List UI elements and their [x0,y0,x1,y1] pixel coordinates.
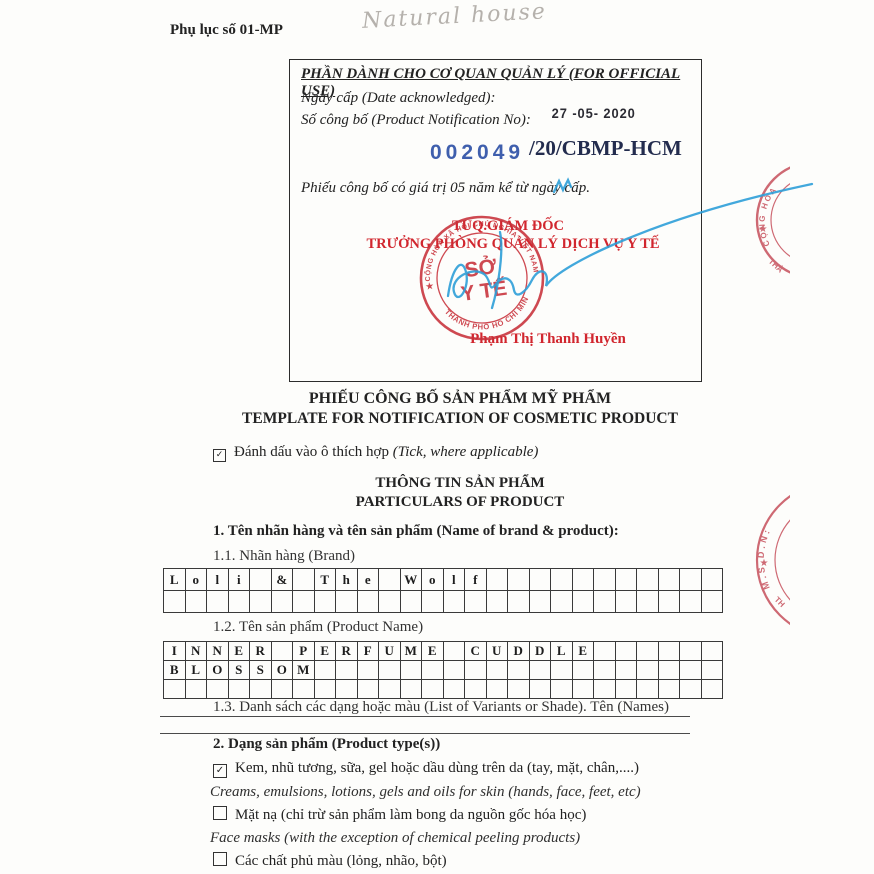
grid-cell [293,591,314,612]
grid-cell [551,569,572,590]
grid-cell [508,569,529,590]
grid-cell: E [315,642,336,660]
grid-cell [659,591,680,612]
grid-cell [637,642,658,660]
document-title: PHIẾU CÔNG BỐ SẢN PHẨM MỸ PHẨM TEMPLATE … [137,390,783,428]
grid-cell: L [186,661,207,679]
empty-checkbox-icon [213,806,227,820]
grid-cell [530,680,551,698]
checked-checkbox-icon: ✓ [213,764,227,778]
grid-cell [637,680,658,698]
edge-stamp-top-fragment: THÀ [767,257,785,275]
grid-cell [659,569,680,590]
grid-cell [573,569,594,590]
grid-cell [207,591,228,612]
grid-cell: D [530,642,551,660]
grid-cell [508,680,529,698]
grid-cell: N [207,642,228,660]
grid-cell [530,569,551,590]
grid-cell [444,680,465,698]
grid-cell: P [293,642,314,660]
grid-cell [680,569,701,590]
grid-cell: l [207,569,228,590]
grid-cell [315,661,336,679]
grid-cell [551,661,572,679]
stamp-star-icon: ★ [425,281,435,293]
grid-cell: i [229,569,250,590]
grid-cell [422,680,443,698]
grid-cell: e [358,569,379,590]
grid-cell [358,680,379,698]
variants-blank-line-2 [160,733,690,734]
product-type-option: ✓Kem, nhũ tương, sữa, gel hoặc dầu dùng … [160,759,780,778]
grid-cell [616,642,637,660]
option-label-en: Creams, emulsions, lotions, gels and oil… [160,783,780,801]
grid-cell: O [272,661,293,679]
grid-cell [186,591,207,612]
grid-cell: R [250,642,271,660]
grid-cell [702,661,723,679]
document-page: Phụ lục số 01-MP Natural house PHẦN DÀNH… [0,0,874,874]
grid-cell: C [465,642,486,660]
grid-cell: & [272,569,293,590]
notification-number-stamp: 002049 [430,141,524,165]
product-name-letter-grid: INNERPERFUMECUDDLEBLOSSOM [163,641,723,699]
product-type-option: Các chất phủ màu (lỏng, nhão, bột) [160,852,780,870]
grid-cell: B [164,661,185,679]
grid-cell: M [401,642,422,660]
grid-cell [573,591,594,612]
grid-cell [508,591,529,612]
grid-cell [379,680,400,698]
grid-cell [272,591,293,612]
option-label-vi: Các chất phủ màu (lỏng, nhão, bột) [235,853,447,869]
variants-label: 1.3. Danh sách các dạng hoặc màu (List o… [213,699,669,716]
grid-cell [401,591,422,612]
edge-stamp-top-star-icon: ★ [759,224,768,235]
brand-letter-grid: Loli&TheWolf [163,568,723,613]
grid-cell [680,680,701,698]
grid-cell [207,680,228,698]
grid-cell [444,661,465,679]
grid-cell [702,591,723,612]
grid-cell: f [465,569,486,590]
grid-cell: o [186,569,207,590]
grid-cell [422,661,443,679]
round-official-stamp-icon: CỘNG HÒA XÃ HỘI CHỦ NGHĨA VIỆT NAM THÀNH… [417,213,547,343]
grid-cell: O [207,661,228,679]
date-acknowledged-label: Ngày cấp (Date acknowledged): [301,90,496,107]
notification-no-label: Số công bố (Product Notification No): [301,112,531,129]
grid-cell: h [336,569,357,590]
edge-stamp-top-ring-text: CỘNG HÒA [758,185,780,248]
grid-cell [702,680,723,698]
grid-cell [573,661,594,679]
variants-blank-line-1 [160,716,690,717]
svg-text:CỘNG HÒA: CỘNG HÒA [758,185,780,248]
option-label-vi: Mặt nạ (chỉ trừ sản phẩm làm bong da ngu… [235,807,586,823]
brand-label: 1.1. Nhãn hàng (Brand) [213,548,355,565]
grid-cell [336,661,357,679]
grid-cell [487,591,508,612]
grid-cell [637,661,658,679]
product-info-title-vi: THÔNG TIN SẢN PHẨM [137,475,783,492]
grid-cell: U [379,642,400,660]
grid-cell [487,680,508,698]
grid-cell [444,591,465,612]
grid-cell: I [164,642,185,660]
grid-cell [680,661,701,679]
grid-cell [379,569,400,590]
grid-cell: T [315,569,336,590]
empty-checkbox-icon [213,852,227,866]
grid-cell [379,591,400,612]
grid-cell [358,591,379,612]
grid-cell [250,569,271,590]
grid-cell [164,591,185,612]
grid-cell [551,591,572,612]
grid-cell [315,591,336,612]
grid-cell: o [422,569,443,590]
section1-heading: 1. Tên nhãn hàng và tên sản phẩm (Name o… [213,523,619,540]
grid-cell [616,569,637,590]
tick-instruction: ✓Đánh dấu vào ô thích hợp (Tick, where a… [213,444,538,462]
grid-cell [594,591,615,612]
grid-cell: N [186,642,207,660]
grid-cell [680,642,701,660]
grid-cell [465,661,486,679]
grid-cell [530,661,551,679]
grid-cell [616,661,637,679]
grid-cell [659,661,680,679]
date-stamp: 27 -05- 2020 [552,105,636,121]
grid-cell [659,680,680,698]
document-title-vi: PHIẾU CÔNG BỐ SẢN PHẨM MỸ PHẨM [137,390,783,408]
grid-cell: U [487,642,508,660]
grid-cell: W [401,569,422,590]
grid-cell: E [229,642,250,660]
grid-cell [487,661,508,679]
grid-cell [680,591,701,612]
grid-cell [293,569,314,590]
tick-instruction-vi: Đánh dấu vào ô thích hợp [234,444,393,460]
grid-cell [250,680,271,698]
grid-cell [422,591,443,612]
option-label-vi: Kem, nhũ tương, sữa, gel hoặc dầu dùng t… [235,760,639,776]
grid-cell [336,680,357,698]
edge-stamp-bottom-fragment: TH [773,595,787,609]
grid-cell [229,591,250,612]
grid-cell: L [164,569,185,590]
grid-cell [551,680,572,698]
grid-cell [272,680,293,698]
grid-cell: D [508,642,529,660]
grid-cell: R [336,642,357,660]
grid-cell [702,642,723,660]
section2-product-type: 2. Dạng sản phẩm (Product type(s)) ✓Kem,… [160,735,780,874]
grid-cell [594,569,615,590]
section2-heading: 2. Dạng sản phẩm (Product type(s)) [160,735,780,753]
grid-cell [272,642,293,660]
checked-checkbox-icon: ✓ [213,449,226,462]
grid-cell [659,642,680,660]
product-name-label: 1.2. Tên sản phẩm (Product Name) [213,619,423,636]
grid-cell [164,680,185,698]
grid-cell [336,591,357,612]
grid-cell [594,680,615,698]
grid-cell [616,591,637,612]
grid-cell [465,591,486,612]
grid-cell: L [551,642,572,660]
notification-number-suffix: /20/CBMP-HCM [529,136,682,161]
option-label-en: Face masks (with the exception of chemic… [160,829,780,847]
grid-cell: S [250,661,271,679]
grid-cell [401,661,422,679]
grid-cell: E [573,642,594,660]
grid-cell [487,569,508,590]
product-info-title-en: PARTICULARS OF PRODUCT [137,494,783,511]
edge-stamp-bottom-star-icon: ★ [760,558,769,569]
edge-stamp-top: CỘNG HÒA ★ THÀ [744,150,790,280]
official-use-box: PHẦN DÀNH CHO CƠ QUAN QUẢN LÝ (FOR OFFIC… [289,59,702,382]
grid-cell [293,680,314,698]
grid-cell [508,661,529,679]
grid-cell: F [358,642,379,660]
grid-cell: l [444,569,465,590]
grid-cell [444,642,465,660]
grid-cell [186,680,207,698]
grid-cell [637,591,658,612]
grid-cell [379,661,400,679]
grid-cell [465,680,486,698]
grid-cell: M [293,661,314,679]
product-type-checklist: ✓Kem, nhũ tương, sữa, gel hoặc dầu dùng … [160,759,780,870]
grid-cell: E [422,642,443,660]
handwritten-note: Natural house [361,0,547,34]
grid-cell [594,642,615,660]
product-info-title: THÔNG TIN SẢN PHẨM PARTICULARS OF PRODUC… [137,475,783,511]
grid-cell [250,591,271,612]
grid-cell [637,569,658,590]
product-type-option: Mặt nạ (chỉ trừ sản phẩm làm bong da ngu… [160,806,780,824]
document-title-en: TEMPLATE FOR NOTIFICATION OF COSMETIC PR… [137,410,783,428]
grid-cell [594,661,615,679]
grid-cell: S [229,661,250,679]
appendix-label: Phụ lục số 01-MP [170,22,283,39]
tick-instruction-en: (Tick, where applicable) [393,444,539,460]
grid-cell [530,591,551,612]
grid-cell [315,680,336,698]
grid-cell [358,661,379,679]
validity-note: Phiếu công bố có giá trị 05 năm kể từ ng… [301,180,590,197]
grid-cell [616,680,637,698]
grid-cell [573,680,594,698]
grid-cell [401,680,422,698]
grid-cell [229,680,250,698]
grid-cell [702,569,723,590]
